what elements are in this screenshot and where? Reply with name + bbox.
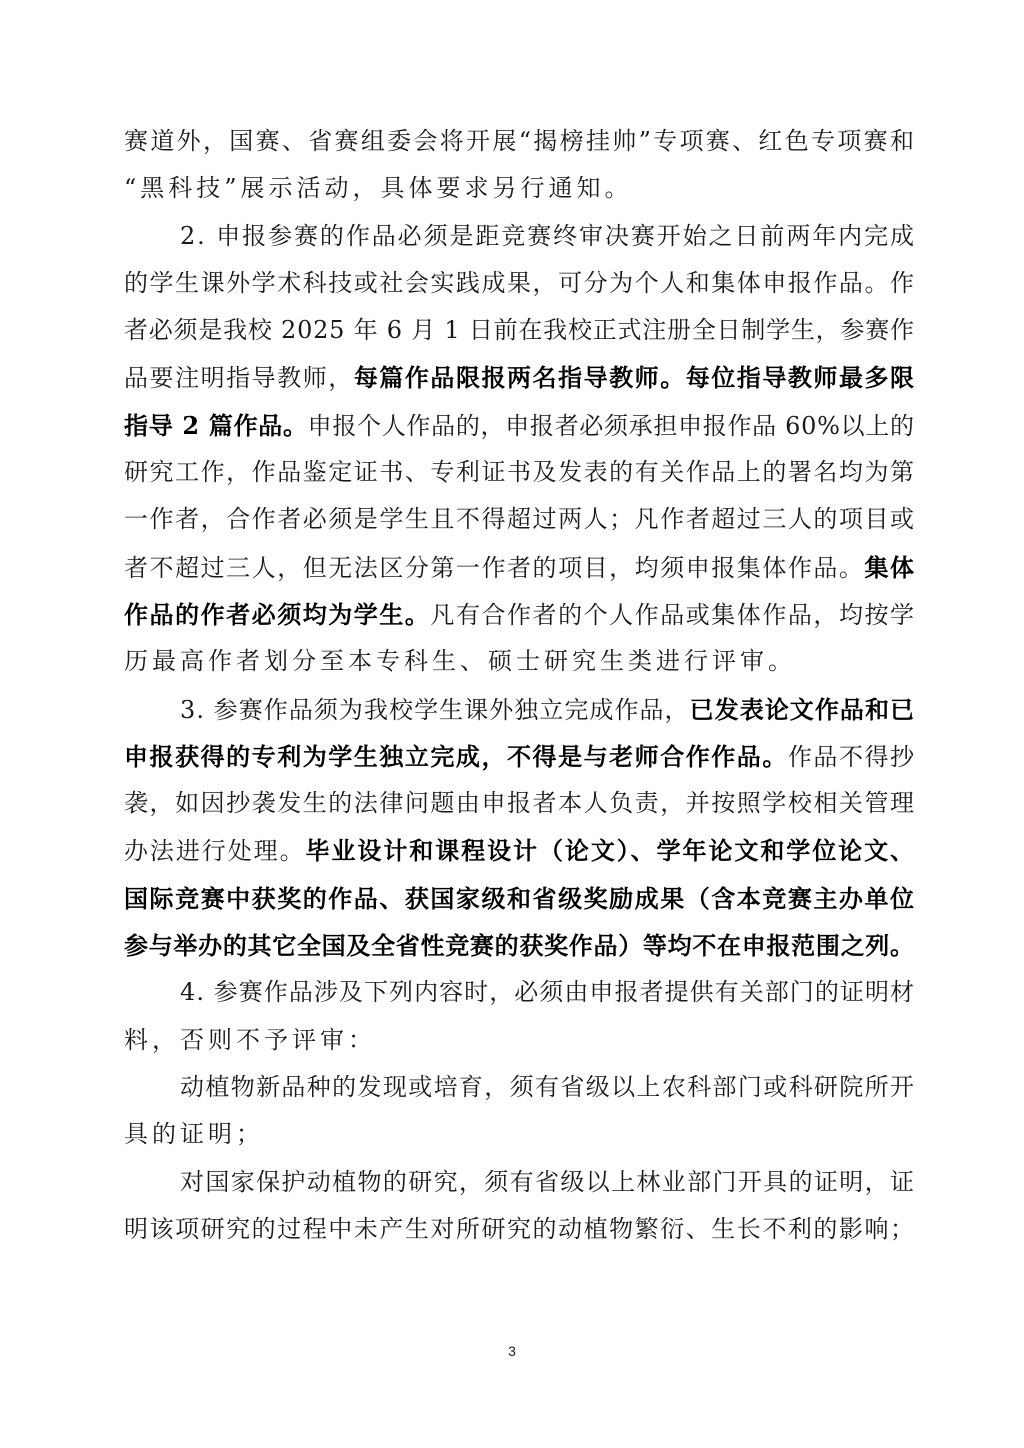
line-text: 一作者，合作者必须是学生且不得超过两人；凡作者超过三人的项目或 <box>124 496 916 543</box>
line-text: 4. 参赛作品涉及下列内容时，必须由申报者提供有关部门的证明材 <box>180 969 915 1016</box>
page-number: 3 <box>0 1343 1024 1359</box>
text-line: 一作者，合作者必须是学生且不得超过两人；凡作者超过三人的项目或 <box>124 496 914 543</box>
text-line: 料，否则不予评审： <box>124 1017 914 1064</box>
line-text: 动植物新品种的发现或培育，须有省级以上农科部门或科研院所开 <box>180 1064 915 1111</box>
text-segment: 3. 参赛作品须为我校学生课外独立完成作品， <box>180 696 690 724</box>
body-text: 赛道外，国赛、省赛组委会将开展“揭榜挂帅”专项赛、红色专项赛和“黑科技”展示活动… <box>124 118 914 1253</box>
line-text: 袭，如因抄袭发生的法律问题由申报者本人负责，并按照学校相关管理 <box>124 780 916 827</box>
text-segment: 作品不得抄 <box>788 743 916 771</box>
line-text: 国际竞赛中获奖的作品、获国家级和省级奖励成果（含本竞赛主办单位 <box>124 875 916 922</box>
text-line: 申报获得的专利为学生独立完成，不得是与老师合作作品。作品不得抄 <box>124 733 914 780</box>
bold-text-segment: 作品的作者必须均为学生。 <box>124 600 430 629</box>
text-line: 指导 2 篇作品。申报个人作品的，申报者必须承担申报作品 60%以上的 <box>124 402 914 449</box>
line-text: 明该项研究的过程中未产生对所研究的动植物繁衍、生长不利的影响； <box>124 1206 916 1253</box>
text-segment: 一作者，合作者必须是学生且不得超过两人；凡作者超过三人的项目或 <box>124 505 916 533</box>
text-segment: 的学生课外学术科技或社会实践成果，可分为个人和集体申报作品。作 <box>124 269 916 297</box>
text-segment: 2. 申报参赛的作品必须是距竞赛终审决赛开始之日前两年内完成 <box>180 222 916 250</box>
line-text: 对国家保护动植物的研究，须有省级以上林业部门开具的证明，证 <box>180 1159 915 1206</box>
line-text: 品要注明指导教师，每篇作品限报两名指导教师。每位指导教师最多限 <box>124 354 916 401</box>
text-segment: 研究工作，作品鉴定证书、专利证书及发表的有关作品上的署名均为第 <box>124 458 916 486</box>
bold-text-segment: 申报获得的专利为学生独立完成，不得是与老师合作作品。 <box>124 742 788 771</box>
text-line: 3. 参赛作品须为我校学生课外独立完成作品，已发表论文作品和已 <box>124 686 914 733</box>
line-text: 研究工作，作品鉴定证书、专利证书及发表的有关作品上的署名均为第 <box>124 449 916 496</box>
text-line: “黑科技”展示活动，具体要求另行通知。 <box>124 165 914 212</box>
line-text: 料，否则不予评审： <box>124 1017 914 1064</box>
text-line: 品要注明指导教师，每篇作品限报两名指导教师。每位指导教师最多限 <box>124 354 914 401</box>
text-segment: 明该项研究的过程中未产生对所研究的动植物繁衍、生长不利的影响； <box>124 1215 916 1243</box>
line-text: 申报获得的专利为学生独立完成，不得是与老师合作作品。作品不得抄 <box>124 733 916 780</box>
line-text: 者必须是我校 2025 年 6 月 1 日前在我校正式注册全日制学生，参赛作 <box>124 307 915 354</box>
line-text: 具的证明； <box>124 1111 914 1158</box>
text-segment: 对国家保护动植物的研究，须有省级以上林业部门开具的证明，证 <box>180 1168 915 1196</box>
text-line: 者必须是我校 2025 年 6 月 1 日前在我校正式注册全日制学生，参赛作 <box>124 307 914 354</box>
text-line: 研究工作，作品鉴定证书、专利证书及发表的有关作品上的署名均为第 <box>124 449 914 496</box>
bold-text-segment: 已发表论文作品和已 <box>690 695 915 724</box>
line-text: 参与举办的其它全国及全省性竞赛的获奖作品）等均不在申报范围之列。 <box>124 922 915 969</box>
line-text: 的学生课外学术科技或社会实践成果，可分为个人和集体申报作品。作 <box>124 260 916 307</box>
line-text: 者不超过三人，但无法区分第一作者的项目，均须申报集体作品。集体 <box>124 544 916 591</box>
text-segment: 申报个人作品的，申报者必须承担申报作品 60%以上的 <box>308 412 915 440</box>
document-page: 赛道外，国赛、省赛组委会将开展“揭榜挂帅”专项赛、红色专项赛和“黑科技”展示活动… <box>0 0 1024 1448</box>
text-line: 办法进行处理。毕业设计和课程设计（论文）、学年论文和学位论文、 <box>124 827 914 874</box>
text-segment: “黑科技”展示活动，具体要求另行通知。 <box>124 174 633 202</box>
line-text: 3. 参赛作品须为我校学生课外独立完成作品，已发表论文作品和已 <box>180 686 915 733</box>
text-segment: 办法进行处理。 <box>124 837 306 865</box>
text-line: 作品的作者必须均为学生。凡有合作者的个人作品或集体作品，均按学 <box>124 591 914 638</box>
text-line: 袭，如因抄袭发生的法律问题由申报者本人负责，并按照学校相关管理 <box>124 780 914 827</box>
line-text: 历最高作者划分至本专科生、硕士研究生类进行评审。 <box>124 638 914 685</box>
bold-text-segment: 参与举办的其它全国及全省性竞赛的获奖作品）等均不在申报范围之列。 <box>124 931 915 960</box>
text-line: 明该项研究的过程中未产生对所研究的动植物繁衍、生长不利的影响； <box>124 1206 914 1253</box>
text-line: 历最高作者划分至本专科生、硕士研究生类进行评审。 <box>124 638 914 685</box>
text-line: 赛道外，国赛、省赛组委会将开展“揭榜挂帅”专项赛、红色专项赛和 <box>124 118 914 165</box>
line-text: 赛道外，国赛、省赛组委会将开展“揭榜挂帅”专项赛、红色专项赛和 <box>124 118 916 165</box>
text-line: 国际竞赛中获奖的作品、获国家级和省级奖励成果（含本竞赛主办单位 <box>124 875 914 922</box>
text-segment: 品要注明指导教师， <box>124 364 354 392</box>
bold-text-segment: 集体 <box>864 553 915 582</box>
text-segment: 具的证明； <box>124 1120 264 1148</box>
text-segment: 料，否则不予评审： <box>124 1026 376 1054</box>
text-segment: 赛道外，国赛、省赛组委会将开展“揭榜挂帅”专项赛、红色专项赛和 <box>124 127 916 155</box>
line-text: 2. 申报参赛的作品必须是距竞赛终审决赛开始之日前两年内完成 <box>180 213 916 260</box>
text-line: 者不超过三人，但无法区分第一作者的项目，均须申报集体作品。集体 <box>124 544 914 591</box>
line-text: 作品的作者必须均为学生。凡有合作者的个人作品或集体作品，均按学 <box>124 591 916 638</box>
text-segment: 者不超过三人，但无法区分第一作者的项目，均须申报集体作品。 <box>124 554 864 582</box>
text-line: 动植物新品种的发现或培育，须有省级以上农科部门或科研院所开 <box>124 1064 914 1111</box>
line-text: 办法进行处理。毕业设计和课程设计（论文）、学年论文和学位论文、 <box>124 827 916 874</box>
line-text: “黑科技”展示活动，具体要求另行通知。 <box>124 165 914 212</box>
text-line: 4. 参赛作品涉及下列内容时，必须由申报者提供有关部门的证明材 <box>124 969 914 1016</box>
text-segment: 动植物新品种的发现或培育，须有省级以上农科部门或科研院所开 <box>180 1073 915 1101</box>
text-line: 参与举办的其它全国及全省性竞赛的获奖作品）等均不在申报范围之列。 <box>124 922 914 969</box>
bold-text-segment: 每篇作品限报两名指导教师。每位指导教师最多限 <box>354 363 916 392</box>
bold-text-segment: 国际竞赛中获奖的作品、获国家级和省级奖励成果（含本竞赛主办单位 <box>124 884 916 913</box>
text-line: 具的证明； <box>124 1111 914 1158</box>
text-line: 对国家保护动植物的研究，须有省级以上林业部门开具的证明，证 <box>124 1159 914 1206</box>
text-segment: 者必须是我校 2025 年 6 月 1 日前在我校正式注册全日制学生，参赛作 <box>124 316 915 344</box>
text-line: 2. 申报参赛的作品必须是距竞赛终审决赛开始之日前两年内完成 <box>124 213 914 260</box>
text-segment: 历最高作者划分至本专科生、硕士研究生类进行评审。 <box>124 647 796 675</box>
line-text: 指导 2 篇作品。申报个人作品的，申报者必须承担申报作品 60%以上的 <box>124 402 915 449</box>
text-line: 的学生课外学术科技或社会实践成果，可分为个人和集体申报作品。作 <box>124 260 914 307</box>
bold-text-segment: 指导 2 篇作品。 <box>124 411 308 440</box>
bold-text-segment: 毕业设计和课程设计（论文）、学年论文和学位论文、 <box>306 836 916 865</box>
text-segment: 凡有合作者的个人作品或集体作品，均按学 <box>430 601 915 629</box>
text-segment: 袭，如因抄袭发生的法律问题由申报者本人负责，并按照学校相关管理 <box>124 789 916 817</box>
text-segment: 4. 参赛作品涉及下列内容时，必须由申报者提供有关部门的证明材 <box>180 978 915 1006</box>
